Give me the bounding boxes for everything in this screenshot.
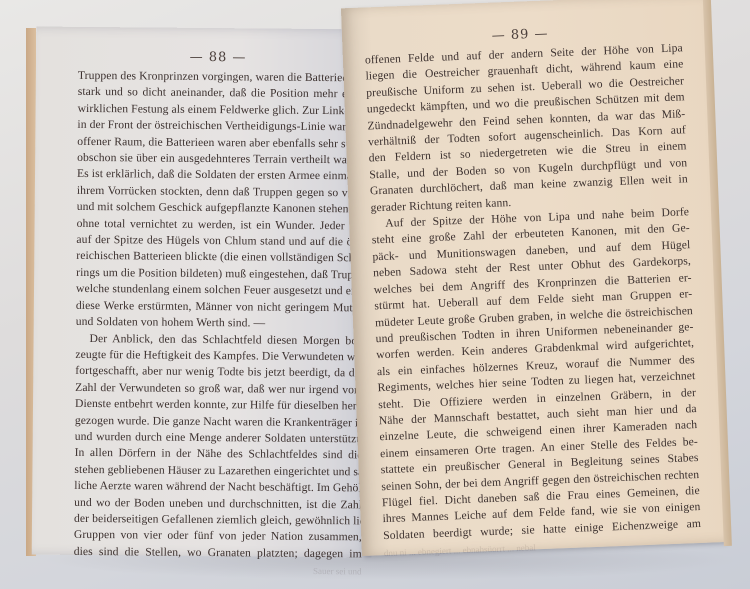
text-line: Dienste entbehrt werden konnte, zur Hilf… xyxy=(75,396,363,415)
text-line: in der Front der östreichischen Vertheid… xyxy=(77,117,365,136)
left-page: — 88 — Truppen des Kronprinzen vorgingen… xyxy=(32,27,377,558)
left-page-text: Truppen des Kronprinzen vorgingen, waren… xyxy=(74,68,358,563)
page-number-left: — 88 — xyxy=(78,49,358,66)
right-page-edge xyxy=(703,0,732,546)
text-line: liche Aerzte waren während der Nacht bes… xyxy=(74,478,362,497)
text-line: und mit solchem Geschick aufgepflanzte K… xyxy=(77,199,365,218)
text-line: und Soldaten von hohem Werth sind. — xyxy=(76,314,364,333)
text-line: welche stundenlang einem solchen Feuer a… xyxy=(76,281,364,300)
right-page-text: offenen Felde und auf der andern Seite d… xyxy=(365,41,696,545)
right-page: — 89 — offenen Felde und auf der andern … xyxy=(341,0,726,556)
text-line: dies sind die Stellen, wo Granaten platz… xyxy=(74,544,362,563)
